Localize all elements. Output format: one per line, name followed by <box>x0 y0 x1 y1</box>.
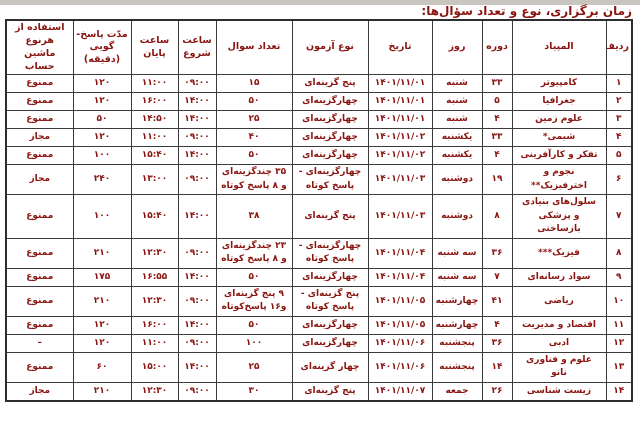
cell-count: ۳۰ <box>216 382 292 401</box>
cell-end: ۱۲:۳۰ <box>131 238 178 268</box>
cell-doreh: ۴ <box>482 147 512 165</box>
cell-calc: ممنوع <box>6 238 73 268</box>
cell-end: ۱۱:۰۰ <box>131 334 178 352</box>
cell-count: ۳۸ <box>216 195 292 239</box>
cell-olympiad: شیمی* <box>512 129 606 147</box>
cell-radif: ۸ <box>606 238 632 268</box>
cell-calc: ممنوع <box>6 111 73 129</box>
cell-tarikh: ۱۴۰۱/۱۱/۰۱ <box>368 93 432 111</box>
cell-tarikh: ۱۴۰۱/۱۱/۰۵ <box>368 316 432 334</box>
cell-radif: ۹ <box>606 268 632 286</box>
table-row: ۶نجوم و اخترفیزیک**۱۹دوشنبه۱۴۰۱/۱۱/۰۳چها… <box>6 165 632 195</box>
cell-olympiad: فیزیک*** <box>512 238 606 268</box>
cell-count: ۹ پنج گزینه‌ای و۱۶ پاسخ‌کوتاه <box>216 286 292 316</box>
cell-start: ۱۴:۰۰ <box>178 268 216 286</box>
cell-end: ۱۵:۰۰ <box>131 352 178 382</box>
cell-type: چهارگزینه‌ای <box>292 334 368 352</box>
cell-count: ۳۵ چندگزینه‌ای و ۸ پاسخ کوتاه <box>216 165 292 195</box>
column-header-doreh: دوره <box>482 20 512 75</box>
cell-end: ۱۵:۴۰ <box>131 195 178 239</box>
table-row: ۹سواد رسانه‌ای۷سه شنبه۱۴۰۱/۱۱/۰۴چهارگزین… <box>6 268 632 286</box>
cell-end: ۱۲:۳۰ <box>131 382 178 401</box>
column-header-count: تعداد سوال <box>216 20 292 75</box>
table-row: ۵تفکر و کارآفرینی۴یکشنبه۱۴۰۱/۱۱/۰۲چهارگز… <box>6 147 632 165</box>
cell-rooz: پنجشنبه <box>432 334 482 352</box>
cell-doreh: ۴ <box>482 111 512 129</box>
cell-count: ۵۰ <box>216 316 292 334</box>
column-header-type: نوع آزمون <box>292 20 368 75</box>
table-row: ۸فیزیک***۳۶سه شنبه۱۴۰۱/۱۱/۰۴چهارگزینه‌ای… <box>6 238 632 268</box>
cell-start: ۱۴:۰۰ <box>178 93 216 111</box>
cell-rooz: پنجشنبه <box>432 352 482 382</box>
table-row: ۷سلول‌های بنیادی و پزشکی بازساختی۸دوشنبه… <box>6 195 632 239</box>
table-row: ۱۴زیست شناسی۲۶جمعه۱۴۰۱/۱۱/۰۷پنج گزینه‌ای… <box>6 382 632 401</box>
cell-duration: ۲۱۰ <box>73 382 131 401</box>
cell-end: ۱۴:۵۰ <box>131 111 178 129</box>
cell-calc: ممنوع <box>6 286 73 316</box>
cell-duration: ۲۱۰ <box>73 238 131 268</box>
cell-type: چهارگزینه‌ای <box>292 268 368 286</box>
cell-end: ۱۳:۰۰ <box>131 165 178 195</box>
cell-calc: مجاز <box>6 129 73 147</box>
cell-doreh: ۳۳ <box>482 75 512 93</box>
table-row: ۱کامپیوتر۳۳شنبه۱۴۰۱/۱۱/۰۱پنج گزینه‌ای۱۵۰… <box>6 75 632 93</box>
cell-start: ۱۴:۰۰ <box>178 147 216 165</box>
cell-olympiad: علوم و فناوری نانو <box>512 352 606 382</box>
cell-radif: ۱۴ <box>606 382 632 401</box>
cell-start: ۰۹:۰۰ <box>178 75 216 93</box>
cell-duration: ۱۰۰ <box>73 147 131 165</box>
cell-duration: ۱۰۰ <box>73 195 131 239</box>
cell-type: پنج گزینه‌ای <box>292 382 368 401</box>
table-row: ۱۳علوم و فناوری نانو۱۴پنجشنبه۱۴۰۱/۱۱/۰۶چ… <box>6 352 632 382</box>
cell-type: چهارگزینه‌ای <box>292 129 368 147</box>
cell-start: ۰۹:۰۰ <box>178 286 216 316</box>
cell-radif: ۵ <box>606 147 632 165</box>
column-header-olympiad: المپیاد <box>512 20 606 75</box>
cell-count: ۴۰ <box>216 129 292 147</box>
cell-calc: ممنوع <box>6 93 73 111</box>
cell-duration: ۱۲۰ <box>73 75 131 93</box>
cell-rooz: یکشنبه <box>432 129 482 147</box>
cell-duration: ۱۲۰ <box>73 129 131 147</box>
cell-olympiad: کامپیوتر <box>512 75 606 93</box>
cell-olympiad: نجوم و اخترفیزیک** <box>512 165 606 195</box>
cell-calc: ممنوع <box>6 195 73 239</box>
cell-radif: ۳ <box>606 111 632 129</box>
cell-olympiad: سلول‌های بنیادی و پزشکی بازساختی <box>512 195 606 239</box>
cell-count: ۱۰۰ <box>216 334 292 352</box>
cell-rooz: چهارشنبه <box>432 316 482 334</box>
cell-olympiad: ادبی <box>512 334 606 352</box>
cell-olympiad: سواد رسانه‌ای <box>512 268 606 286</box>
cell-radif: ۱۰ <box>606 286 632 316</box>
cell-doreh: ۱۹ <box>482 165 512 195</box>
cell-calc: ممنوع <box>6 147 73 165</box>
page: { "page": { "title": "زمان برگزاری، نوع … <box>0 0 640 433</box>
page-title: زمان برگزاری، نوع و تعداد سؤال‌ها: <box>0 5 640 19</box>
cell-rooz: شنبه <box>432 93 482 111</box>
cell-calc: ممنوع <box>6 352 73 382</box>
column-header-end: ساعت پایان <box>131 20 178 75</box>
cell-rooz: جمعه <box>432 382 482 401</box>
cell-rooz: سه شنبه <box>432 238 482 268</box>
cell-rooz: چهارشنبه <box>432 286 482 316</box>
column-header-calc: استفاده از هرنوع ماشین حساب <box>6 20 73 75</box>
cell-olympiad: ریاضی <box>512 286 606 316</box>
cell-tarikh: ۱۴۰۱/۱۱/۰۴ <box>368 268 432 286</box>
cell-count: ۵۰ <box>216 268 292 286</box>
cell-start: ۰۹:۰۰ <box>178 165 216 195</box>
cell-count: ۲۳ چندگزینه‌ای و ۸ پاسخ کوتاه <box>216 238 292 268</box>
cell-type: پنج گزینه‌ای <box>292 195 368 239</box>
cell-doreh: ۱۴ <box>482 352 512 382</box>
cell-doreh: ۳۳ <box>482 129 512 147</box>
cell-duration: ۵۰ <box>73 111 131 129</box>
cell-end: ۱۱:۰۰ <box>131 75 178 93</box>
cell-duration: ۲۴۰ <box>73 165 131 195</box>
cell-count: ۱۵ <box>216 75 292 93</box>
cell-tarikh: ۱۴۰۱/۱۱/۰۱ <box>368 75 432 93</box>
cell-start: ۱۴:۰۰ <box>178 195 216 239</box>
cell-type: پنج گزینه‌ای - پاسخ کوتاه <box>292 286 368 316</box>
cell-calc: مجاز <box>6 165 73 195</box>
cell-start: ۰۹:۰۰ <box>178 129 216 147</box>
cell-tarikh: ۱۴۰۱/۱۱/۰۲ <box>368 147 432 165</box>
cell-tarikh: ۱۴۰۱/۱۱/۰۳ <box>368 165 432 195</box>
cell-doreh: ۷ <box>482 268 512 286</box>
cell-end: ۱۶:۰۰ <box>131 93 178 111</box>
table-row: ۳علوم زمین۴شنبه۱۴۰۱/۱۱/۰۱چهارگزینه‌ای۲۵۱… <box>6 111 632 129</box>
cell-start: ۱۴:۰۰ <box>178 111 216 129</box>
cell-rooz: یکشنبه <box>432 147 482 165</box>
cell-tarikh: ۱۴۰۱/۱۱/۰۷ <box>368 382 432 401</box>
column-header-tarikh: تاریخ <box>368 20 432 75</box>
cell-doreh: ۵ <box>482 93 512 111</box>
cell-end: ۱۱:۰۰ <box>131 129 178 147</box>
cell-type: چهارگزینه‌ای - پاسخ کوتاه <box>292 165 368 195</box>
cell-calc: مجاز <box>6 382 73 401</box>
cell-count: ۲۵ <box>216 111 292 129</box>
cell-rooz: دوشنبه <box>432 165 482 195</box>
cell-count: ۵۰ <box>216 147 292 165</box>
cell-tarikh: ۱۴۰۱/۱۱/۰۵ <box>368 286 432 316</box>
cell-calc: ممنوع <box>6 75 73 93</box>
column-header-start: ساعت شروع <box>178 20 216 75</box>
cell-radif: ۴ <box>606 129 632 147</box>
cell-start: ۰۹:۰۰ <box>178 238 216 268</box>
cell-start: ۰۹:۰۰ <box>178 334 216 352</box>
cell-duration: ۱۲۰ <box>73 316 131 334</box>
cell-type: چهارگزینه‌ای <box>292 111 368 129</box>
cell-radif: ۲ <box>606 93 632 111</box>
cell-radif: ۶ <box>606 165 632 195</box>
cell-tarikh: ۱۴۰۱/۱۱/۰۶ <box>368 352 432 382</box>
cell-duration: ۲۱۰ <box>73 286 131 316</box>
cell-doreh: ۴ <box>482 316 512 334</box>
cell-type: چهار گزینه‌ای <box>292 352 368 382</box>
cell-doreh: ۳۶ <box>482 238 512 268</box>
cell-olympiad: جغرافیا <box>512 93 606 111</box>
cell-tarikh: ۱۴۰۱/۱۱/۰۴ <box>368 238 432 268</box>
cell-type: چهارگزینه‌ای - پاسخ کوتاه <box>292 238 368 268</box>
cell-count: ۵۰ <box>216 93 292 111</box>
cell-rooz: شنبه <box>432 111 482 129</box>
cell-doreh: ۲۶ <box>482 382 512 401</box>
cell-duration: ۱۷۵ <box>73 268 131 286</box>
cell-duration: ۱۲۰ <box>73 334 131 352</box>
cell-calc: – <box>6 334 73 352</box>
cell-doreh: ۴۱ <box>482 286 512 316</box>
cell-tarikh: ۱۴۰۱/۱۱/۰۳ <box>368 195 432 239</box>
cell-doreh: ۸ <box>482 195 512 239</box>
cell-olympiad: علوم زمین <box>512 111 606 129</box>
cell-radif: ۷ <box>606 195 632 239</box>
cell-type: چهارگزینه‌ای <box>292 147 368 165</box>
cell-radif: ۱ <box>606 75 632 93</box>
cell-start: ۰۹:۰۰ <box>178 382 216 401</box>
cell-start: ۱۴:۰۰ <box>178 352 216 382</box>
cell-type: چهارگزینه‌ای <box>292 316 368 334</box>
table-row: ۱۱اقتصاد و مدیریت۴چهارشنبه۱۴۰۱/۱۱/۰۵چهار… <box>6 316 632 334</box>
cell-radif: ۱۲ <box>606 334 632 352</box>
column-header-radif: ردیف <box>606 20 632 75</box>
table-row: ۱۲ادبی۳۶پنجشنبه۱۴۰۱/۱۱/۰۶چهارگزینه‌ای۱۰۰… <box>6 334 632 352</box>
cell-type: چهارگزینه‌ای <box>292 93 368 111</box>
table-row: ۴شیمی*۳۳یکشنبه۱۴۰۱/۱۱/۰۲چهارگزینه‌ای۴۰۰۹… <box>6 129 632 147</box>
cell-tarikh: ۱۴۰۱/۱۱/۰۱ <box>368 111 432 129</box>
cell-olympiad: تفکر و کارآفرینی <box>512 147 606 165</box>
cell-tarikh: ۱۴۰۱/۱۱/۰۲ <box>368 129 432 147</box>
cell-olympiad: اقتصاد و مدیریت <box>512 316 606 334</box>
cell-start: ۱۴:۰۰ <box>178 316 216 334</box>
cell-type: پنج گزینه‌ای <box>292 75 368 93</box>
cell-calc: ممنوع <box>6 268 73 286</box>
cell-radif: ۱۳ <box>606 352 632 382</box>
cell-end: ۱۵:۴۰ <box>131 147 178 165</box>
header-row: ردیفالمپیاددورهروزتاریخنوع آزمونتعداد سو… <box>6 20 632 75</box>
table-body: ۱کامپیوتر۳۳شنبه۱۴۰۱/۱۱/۰۱پنج گزینه‌ای۱۵۰… <box>6 75 632 401</box>
table-row: ۲جغرافیا۵شنبه۱۴۰۱/۱۱/۰۱چهارگزینه‌ای۵۰۱۴:… <box>6 93 632 111</box>
column-header-duration: مدّت پاسخ- گویی (دقیقه) <box>73 20 131 75</box>
cell-radif: ۱۱ <box>606 316 632 334</box>
cell-olympiad: زیست شناسی <box>512 382 606 401</box>
cell-count: ۲۵ <box>216 352 292 382</box>
exam-schedule-table: ردیفالمپیاددورهروزتاریخنوع آزمونتعداد سو… <box>5 19 633 402</box>
cell-duration: ۱۲۰ <box>73 93 131 111</box>
cell-duration: ۶۰ <box>73 352 131 382</box>
cell-rooz: دوشنبه <box>432 195 482 239</box>
cell-tarikh: ۱۴۰۱/۱۱/۰۶ <box>368 334 432 352</box>
cell-calc: ممنوع <box>6 316 73 334</box>
cell-end: ۱۲:۳۰ <box>131 286 178 316</box>
cell-end: ۱۶:۰۰ <box>131 316 178 334</box>
cell-rooz: سه شنبه <box>432 268 482 286</box>
table-header: ردیفالمپیاددورهروزتاریخنوع آزمونتعداد سو… <box>6 20 632 75</box>
cell-end: ۱۶:۵۵ <box>131 268 178 286</box>
cell-rooz: شنبه <box>432 75 482 93</box>
cell-doreh: ۳۶ <box>482 334 512 352</box>
table-row: ۱۰ریاضی۴۱چهارشنبه۱۴۰۱/۱۱/۰۵پنج گزینه‌ای … <box>6 286 632 316</box>
column-header-rooz: روز <box>432 20 482 75</box>
